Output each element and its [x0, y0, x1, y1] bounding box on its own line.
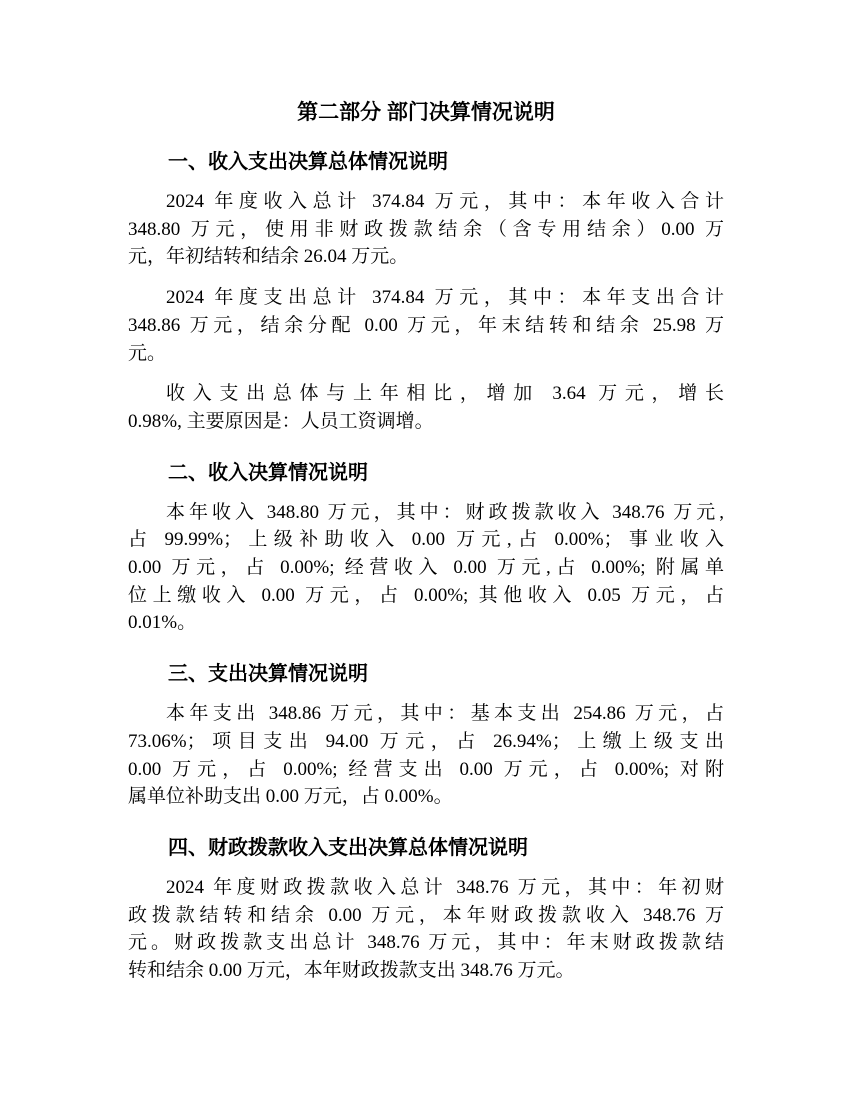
paragraph: 收入支出总体与上年相比，增加 3.64 万元，增长0.98%, 主要原因是：人员… [128, 380, 724, 435]
paragraph-line: 2024 年度支出总计 374.84 万元，其中：本年支出合计 [128, 284, 724, 312]
paragraph: 2024 年度支出总计 374.84 万元，其中：本年支出合计348.86 万元… [128, 284, 724, 367]
paragraph-line: 元，年初结转和结余 26.04 万元。 [128, 243, 724, 271]
document-page: 第二部分 部门决算情况说明 一、收入支出决算总体情况说明2024 年度收入总计 … [0, 0, 850, 1100]
paragraph-line: 0.00 万元，占 0.00%; 经营支出 0.00 万元，占 0.00%; 对… [128, 756, 724, 784]
paragraph-line: 348.80 万元，使用非财政拨款结余（含专用结余）0.00 万 [128, 216, 724, 244]
paragraph-line: 转和结余 0.00 万元，本年财政拨款支出 348.76 万元。 [128, 957, 724, 985]
paragraph-line: 政拨款结转和结余 0.00 万元，本年财政拨款收入 348.76 万 [128, 902, 724, 930]
paragraph-line: 73.06%；项目支出 94.00 万元，占 26.94%；上缴上级支出 [128, 728, 724, 756]
paragraph-line: 348.86 万元，结余分配 0.00 万元，年末结转和结余 25.98 万 [128, 312, 724, 340]
paragraph-line: 0.01%。 [128, 609, 724, 637]
section-heading: 三、支出决算情况说明 [128, 661, 724, 687]
section-heading: 四、财政拨款收入支出决算总体情况说明 [128, 835, 724, 861]
paragraph-line: 元。 [128, 340, 724, 368]
document-sections: 一、收入支出决算总体情况说明2024 年度收入总计 374.84 万元，其中：本… [128, 149, 724, 985]
paragraph-line: 0.00 万元，占 0.00%; 经营收入 0.00 万元,占 0.00%; 附… [128, 554, 724, 582]
paragraph-line: 占 99.99%；上级补助收入 0.00 万元,占 0.00%；事业收入 [128, 526, 724, 554]
paragraph-line: 本年收入 348.80 万元，其中：财政拨款收入 348.76 万元, [128, 499, 724, 527]
paragraph: 本年支出 348.86 万元，其中：基本支出 254.86 万元，占73.06%… [128, 700, 724, 811]
paragraph-line: 属单位补助支出 0.00 万元，占 0.00%。 [128, 783, 724, 811]
paragraph-line: 位上缴收入 0.00 万元，占 0.00%; 其他收入 0.05 万元，占 [128, 582, 724, 610]
section-heading: 一、收入支出决算总体情况说明 [128, 149, 724, 175]
paragraph: 2024 年度收入总计 374.84 万元，其中：本年收入合计348.80 万元… [128, 188, 724, 271]
paragraph-line: 本年支出 348.86 万元，其中：基本支出 254.86 万元，占 [128, 700, 724, 728]
paragraph: 本年收入 348.80 万元，其中：财政拨款收入 348.76 万元,占 99.… [128, 499, 724, 638]
paragraph-line: 2024 年度收入总计 374.84 万元，其中：本年收入合计 [128, 188, 724, 216]
paragraph-line: 元。财政拨款支出总计 348.76 万元，其中：年末财政拨款结 [128, 929, 724, 957]
paragraph-line: 收入支出总体与上年相比，增加 3.64 万元，增长 [128, 380, 724, 408]
paragraph-line: 0.98%, 主要原因是：人员工资调增。 [128, 408, 724, 436]
paragraph-line: 2024 年度财政拨款收入总计 348.76 万元，其中：年初财 [128, 874, 724, 902]
paragraph: 2024 年度财政拨款收入总计 348.76 万元，其中：年初财政拨款结转和结余… [128, 874, 724, 985]
document-title: 第二部分 部门决算情况说明 [128, 100, 724, 125]
section-heading: 二、收入决算情况说明 [128, 460, 724, 486]
